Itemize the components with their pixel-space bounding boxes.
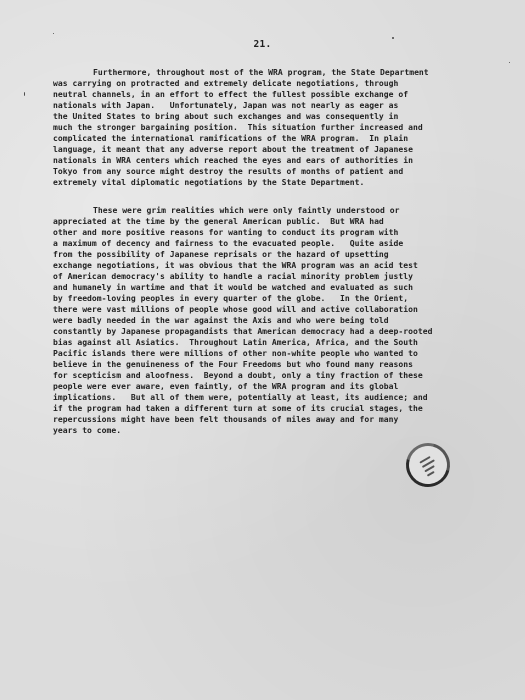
text-line: years to come. [53,425,493,436]
text-line: if the program had taken a different tur… [53,403,493,414]
paper-speck [392,37,394,39]
text-line: Tokyo from any source might destroy the … [53,166,493,177]
text-line: was carrying on protracted and extremely… [53,78,493,89]
paper-speck [509,62,510,63]
paper-speck [53,33,54,34]
text-line: implications. But all of them were, pote… [53,392,493,403]
text-line: These were grim realities which were onl… [53,205,493,216]
paper-speck [24,92,25,96]
text-line: appreciated at the time by the general A… [53,216,493,227]
text-line: nationals with Japan. Unfortunately, Jap… [53,100,493,111]
text-line: extremely vital diplomatic negotiations … [53,177,493,188]
text-line: complicated the international ramificati… [53,133,493,144]
archival-seal-stamp-icon [398,435,458,495]
text-line: constantly by Japanese propagandists tha… [53,326,493,337]
text-line: believe in the genuineness of the Four F… [53,359,493,370]
text-line: for scepticism and aloofness. Beyond a d… [53,370,493,381]
document-page: 21. Furthermore, throughout most of the … [0,0,525,700]
text-line: and humanely in wartime and that it woul… [53,282,493,293]
text-line: repercussions might have been felt thous… [53,414,493,425]
text-line: of American democracy's ability to handl… [53,271,493,282]
text-line: much the stronger bargaining position. T… [53,122,493,133]
text-line: Furthermore, throughout most of the WRA … [53,67,493,78]
paragraph-2: These were grim realities which were onl… [53,205,493,436]
text-line: Pacific islands there were millions of o… [53,348,493,359]
paragraph-1: Furthermore, throughout most of the WRA … [53,67,493,188]
text-line: bias against all Asiatics. Throughout La… [53,337,493,348]
text-line: were badly needed in the war against the… [53,315,493,326]
text-line: nationals in WRA centers which reached t… [53,155,493,166]
text-line: the United States to bring about such ex… [53,111,493,122]
page-number: 21. [0,39,525,50]
text-line: by freedom-loving peoples in every quart… [53,293,493,304]
text-line: exchange negotiations, it was obvious th… [53,260,493,271]
text-line: from the possibility of Japanese reprisa… [53,249,493,260]
text-line: neutral channels, in an effort to effect… [53,89,493,100]
text-line: there were vast millions of people whose… [53,304,493,315]
text-line: a maximum of decency and fairness to the… [53,238,493,249]
text-line: other and more positive reasons for want… [53,227,493,238]
text-line: language, it meant that any adverse repo… [53,144,493,155]
text-line: people were ever aware, even faintly, of… [53,381,493,392]
